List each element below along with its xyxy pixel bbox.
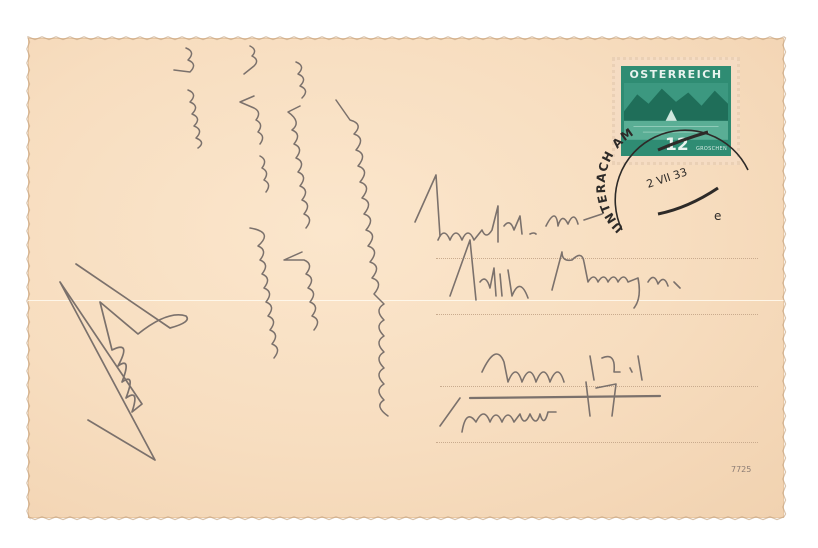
signature-flourish [60,264,187,460]
address-line-3-text: Wien 12., [482,358,487,359]
message-line-1-text: Von meinem Urlaub [340,120,350,121]
address-line-4-text: Schallergasse 4 [440,414,448,415]
address-handwriting [415,175,680,432]
message-handwriting [174,46,388,416]
message-line-3-text: auf Dir die herzlichsten [250,120,262,121]
address-line-1-text: Wohlgeb. Frau [440,230,447,231]
message-line-2-text: mir Gutes u. schönes [300,120,311,121]
catalog-number: 7725 [731,465,751,474]
handwriting-layer [0,0,818,548]
address-line-2-text: Steffi Wieninger, [450,286,458,287]
message-line-4-text: Grüße [190,120,193,121]
